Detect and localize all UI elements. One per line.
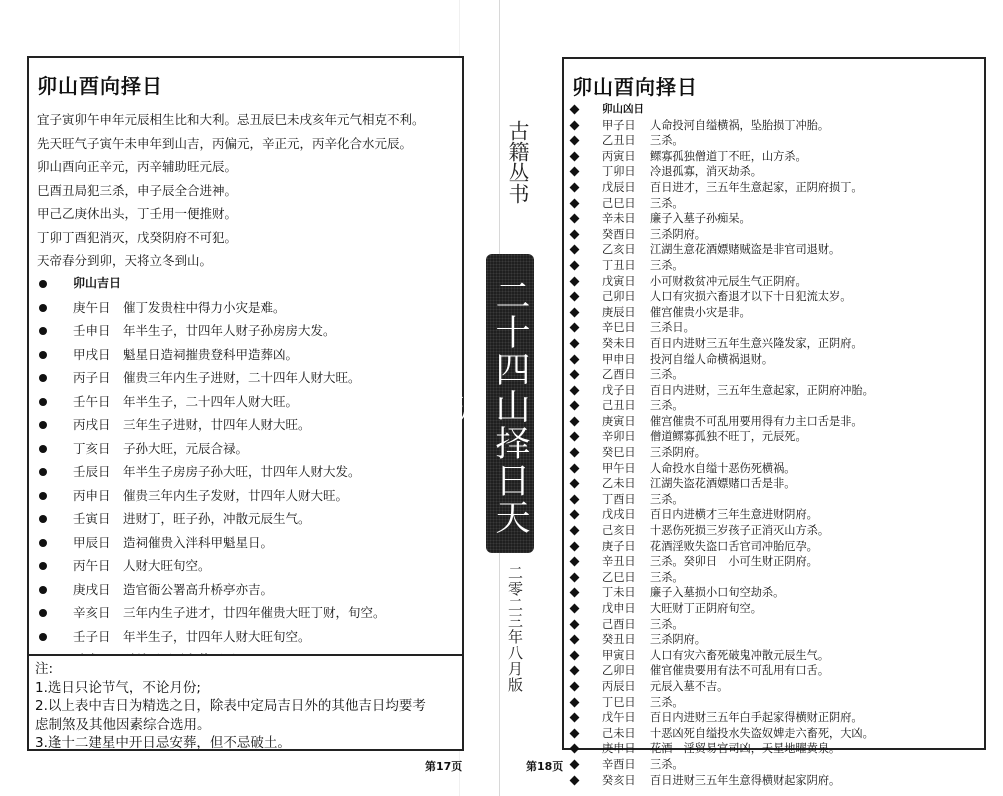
- day-name: 乙巳日: [602, 570, 636, 586]
- day-name: 戊寅日: [602, 274, 636, 290]
- day-description: 催贵三年内生子发财，廿四年人财大旺。: [123, 484, 348, 508]
- day-name: 己丑日: [602, 398, 636, 414]
- day-description: 投河自缢人命横祸退财。: [650, 352, 773, 368]
- intro-paragraph: 天帝春分到卯，天将立冬到山。: [37, 249, 425, 273]
- note-line: 3.逢十二建星中开日忌安葬，但不忌破土。: [35, 734, 426, 753]
- day-name: 乙酉日: [602, 367, 636, 383]
- intro-paragraph: 巳酉丑局犯三杀，申子辰全合进神。: [37, 179, 425, 203]
- day-description: 百日进财三五年生意得横财起家阴府。: [650, 773, 840, 789]
- day-name: 庚午日: [73, 296, 111, 320]
- day-name: 癸酉日: [602, 227, 636, 243]
- day-name: 庚辰日: [602, 305, 636, 321]
- diamond-bullet-icon: [570, 650, 580, 660]
- day-description: 冷退孤寡，消灭劫杀。: [650, 164, 762, 180]
- day-name: 甲戌日: [73, 343, 111, 367]
- page-number-left: 第17页: [425, 758, 462, 774]
- day-description: 三杀。: [650, 492, 684, 508]
- diamond-bullet-icon: [570, 775, 580, 785]
- day-description: 百日内进横才三年生意进财阴府。: [650, 507, 818, 523]
- day-name: 辛酉日: [602, 757, 636, 773]
- diamond-bullet-icon: [570, 183, 580, 193]
- intro-paragraph: 宜子寅卯午申年元辰相生比和大利。忌丑辰巳未戌亥年元气相克不利。: [37, 108, 425, 132]
- day-name: 辛亥日: [73, 601, 111, 625]
- day-description: 三杀。癸卯日 小可生财正阴府。: [650, 554, 818, 570]
- day-name: 戊子日: [602, 383, 636, 399]
- diamond-bullet-icon: [570, 510, 580, 520]
- bullet-icon: [39, 468, 47, 476]
- diamond-bullet-icon: [570, 697, 580, 707]
- day-name: 丙午日: [73, 554, 111, 578]
- day-description: 花酒 淫贸易官司凶，天星地曜黄泉。: [650, 741, 840, 757]
- diamond-bullet-icon: [570, 682, 580, 692]
- intro-paragraph: 甲己乙庚休出头，丁壬用一便推财。: [37, 202, 425, 226]
- bullet-icon: [39, 445, 47, 453]
- day-name: 己未日: [602, 726, 636, 742]
- day-name: 庚子日: [602, 539, 636, 555]
- day-description: 进财丁，旺子孙，冲散元辰生气。: [123, 507, 311, 531]
- bullet-icon: [39, 586, 47, 594]
- diamond-bullet-icon: [570, 105, 580, 115]
- day-description: 催官催贵要用有法不可乱用有口舌。: [650, 663, 829, 679]
- day-description: 江湖失盗花酒嫖赌口舌是非。: [650, 476, 795, 492]
- diamond-bullet-icon: [570, 557, 580, 567]
- spine-title-banner: 二十四山择日天机: [486, 254, 534, 553]
- bullet-icon: [39, 609, 47, 617]
- day-name: 辛卯日: [602, 429, 636, 445]
- day-description: 人财大旺旬空。: [123, 554, 211, 578]
- diamond-bullet-icon: [570, 276, 580, 286]
- diamond-bullet-icon: [570, 385, 580, 395]
- diamond-bullet-icon: [570, 619, 580, 629]
- bullet-icon: [39, 515, 47, 523]
- bullet-icon: [39, 492, 47, 500]
- bullet-icon: [39, 304, 47, 312]
- day-description: 鳏寡孤独僧道丁不旺，山方杀。: [650, 149, 807, 165]
- day-name: 庚戌日: [73, 578, 111, 602]
- day-description: 三杀。: [650, 570, 684, 586]
- day-name: 庚寅日: [602, 414, 636, 430]
- intro-paragraph: 卯山酉向正辛元，丙辛辅助旺元辰。: [37, 155, 425, 179]
- intro-paragraph: 丁卯丁酉犯消灭，戊癸阴府不可犯。: [37, 226, 425, 250]
- day-name: 己卯日: [602, 289, 636, 305]
- day-name: 丙寅日: [602, 149, 636, 165]
- day-name: 癸亥日: [602, 773, 636, 789]
- diamond-bullet-icon: [570, 245, 580, 255]
- diamond-bullet-icon: [570, 229, 580, 239]
- day-description: 廉子入墓损小口旬空劫杀。: [650, 585, 784, 601]
- diamond-bullet-icon: [570, 198, 580, 208]
- day-name: 己酉日: [602, 617, 636, 633]
- day-name: 丁酉日: [602, 492, 636, 508]
- day-name: 辛巳日: [602, 320, 636, 336]
- day-description: 三年内生子进才，廿四年催贵大旺丁财，旬空。: [123, 601, 386, 625]
- day-name: 己亥日: [602, 523, 636, 539]
- day-name: 甲寅日: [602, 648, 636, 664]
- diamond-bullet-icon: [570, 635, 580, 645]
- day-name: 乙丑日: [602, 133, 636, 149]
- day-name: 丁巳日: [602, 695, 636, 711]
- diamond-bullet-icon: [570, 713, 580, 723]
- day-description: 年半生子，廿四年人财大旺旬空。: [123, 625, 311, 649]
- diamond-bullet-icon: [570, 401, 580, 411]
- day-description: 三杀。: [650, 258, 684, 274]
- page-number-right: 第18页: [526, 758, 563, 774]
- day-name: 壬辰日: [73, 460, 111, 484]
- day-description: 年半生子房房子孙大旺，廿四年人财大发。: [123, 460, 361, 484]
- day-description: 年半生子，廿四年人财子孙房房大发。: [123, 319, 336, 343]
- day-description: 江湖生意花酒嫖赌贼盗是非官司退财。: [650, 242, 840, 258]
- diamond-bullet-icon: [570, 604, 580, 614]
- spine-series-title: 古籍丛书: [499, 120, 529, 204]
- day-name: 乙卯日: [602, 663, 636, 679]
- day-description: 人命投河自缢横祸，坠胎损丁冲胎。: [650, 118, 829, 134]
- day-name: 丙戌日: [73, 413, 111, 437]
- day-description: 三杀阴府。: [650, 632, 706, 648]
- diamond-bullet-icon: [570, 588, 580, 598]
- spine-book-title: 二十四山择日天机: [486, 260, 534, 553]
- day-name: 壬午日: [73, 390, 111, 414]
- day-name: 庚申日: [602, 741, 636, 757]
- day-description: 三年生子进财，廿四年人财大旺。: [123, 413, 311, 437]
- intro-paragraph: 先天旺气子寅午未申年到山吉，丙偏元，辛正元，丙辛化合水元辰。: [37, 132, 425, 156]
- day-description: 造官衙公署高升桥亭亦吉。: [123, 578, 273, 602]
- bullet-icon: [39, 327, 47, 335]
- day-name: 丙辰日: [602, 679, 636, 695]
- day-description: 三杀。: [650, 757, 684, 773]
- diamond-bullet-icon: [570, 759, 580, 769]
- day-name: 壬子日: [73, 625, 111, 649]
- day-name: 癸巳日: [602, 445, 636, 461]
- day-description: 催宫催贵不可乱用要用得有力主口舌是非。: [650, 414, 863, 430]
- day-description: 人命投水自缢十恶伤死横祸。: [650, 461, 795, 477]
- diamond-bullet-icon: [570, 463, 580, 473]
- day-description: 催宫催贵小灾是非。: [650, 305, 751, 321]
- bullet-icon: [39, 421, 47, 429]
- day-description: 三杀。: [650, 196, 684, 212]
- day-description: 元辰入墓不吉。: [650, 679, 728, 695]
- day-description: 小可财救贫冲元辰生气正阴府。: [650, 274, 807, 290]
- day-description: 百日内进财，三五年生意起家，正阴府冲胎。: [650, 383, 874, 399]
- diamond-bullet-icon: [570, 136, 580, 146]
- bad-days-heading: 卯山凶日: [602, 102, 644, 118]
- diamond-bullet-icon: [570, 260, 580, 270]
- note-line: 虑制煞及其他因素综合选用。: [35, 716, 426, 735]
- day-description: 人口有灾六畜死破鬼冲散元辰生气。: [650, 648, 829, 664]
- day-description: 僧道鳏寡孤独不旺丁，元辰死。: [650, 429, 807, 445]
- day-name: 丁亥日: [73, 437, 111, 461]
- day-description: 三杀。: [650, 133, 684, 149]
- diamond-bullet-icon: [570, 338, 580, 348]
- day-description: 花酒淫败失盗口舌官司冲胎厄孕。: [650, 539, 818, 555]
- bullet-icon: [39, 374, 47, 382]
- diamond-bullet-icon: [570, 666, 580, 676]
- diamond-bullet-icon: [570, 728, 580, 738]
- day-description: 魁星日造祠摧贵登科甲造葬凶。: [123, 343, 298, 367]
- day-description: 三杀。: [650, 367, 684, 383]
- left-intro-paragraphs: 宜子寅卯午申年元辰相生比和大利。忌丑辰巳未戌亥年元气相克不利。 先天旺气子寅午未…: [37, 108, 425, 273]
- diamond-bullet-icon: [570, 323, 580, 333]
- day-name: 辛丑日: [602, 554, 636, 570]
- day-description: 三杀日。: [650, 320, 695, 336]
- day-description: 三杀。: [650, 695, 684, 711]
- diamond-bullet-icon: [570, 307, 580, 317]
- diamond-bullet-icon: [570, 370, 580, 380]
- day-name: 乙亥日: [602, 242, 636, 258]
- day-description: 十恶凶死自缢投水失盗奴婢走六畜死，大凶。: [650, 726, 874, 742]
- day-description: 人口有灾损六畜退才以下十日犯流太岁。: [650, 289, 851, 305]
- day-description: 三杀。: [650, 398, 684, 414]
- diamond-bullet-icon: [570, 292, 580, 302]
- right-page-title: 卯山酉向择日: [572, 71, 698, 100]
- day-name: 丁丑日: [602, 258, 636, 274]
- diamond-bullet-icon: [570, 354, 580, 364]
- diamond-bullet-icon: [570, 432, 580, 442]
- day-description: 百日进才，三五年生意起家，正阴府损丁。: [650, 180, 863, 196]
- day-name: 辛未日: [602, 211, 636, 227]
- day-name: 甲子日: [602, 118, 636, 134]
- day-name: 壬申日: [73, 319, 111, 343]
- good-days-heading: 卯山吉日: [73, 272, 121, 296]
- bullet-icon: [39, 398, 47, 406]
- diamond-bullet-icon: [570, 214, 580, 224]
- day-description: 百日内进财三五年白手起家得横财正阴府。: [650, 710, 863, 726]
- day-name: 甲辰日: [73, 531, 111, 555]
- day-name: 戊辰日: [602, 180, 636, 196]
- diamond-bullet-icon: [570, 541, 580, 551]
- day-description: 三杀阴府。: [650, 227, 706, 243]
- day-name: 癸未日: [602, 336, 636, 352]
- day-description: 造祠催贵入泮科甲魁星日。: [123, 531, 273, 555]
- day-description: 三杀。: [650, 617, 684, 633]
- day-name: 戊申日: [602, 601, 636, 617]
- note-line: 1.选日只论节气，不论月份;: [35, 679, 426, 698]
- day-description: 子孙大旺，元辰合禄。: [123, 437, 248, 461]
- day-name: 丁卯日: [602, 164, 636, 180]
- day-description: 百日内进财三五年生意兴隆发家，正阴府。: [650, 336, 863, 352]
- day-name: 甲午日: [602, 461, 636, 477]
- diamond-bullet-icon: [570, 151, 580, 161]
- day-name: 丙子日: [73, 366, 111, 390]
- diamond-bullet-icon: [570, 416, 580, 426]
- day-name: 壬寅日: [73, 507, 111, 531]
- day-description: 三杀阴府。: [650, 445, 706, 461]
- day-name: 乙未日: [602, 476, 636, 492]
- day-name: 戊戌日: [602, 507, 636, 523]
- day-description: 催贵三年内生子进财，二十四年人财大旺。: [123, 366, 361, 390]
- diamond-bullet-icon: [570, 120, 580, 130]
- day-name: 甲申日: [602, 352, 636, 368]
- day-name: 癸丑日: [602, 632, 636, 648]
- day-description: 大旺财丁正阴府旬空。: [650, 601, 762, 617]
- day-name: 己巳日: [602, 196, 636, 212]
- left-page-main-box: 卯山酉向择日 宜子寅卯午申年元辰相生比和大利。忌丑辰巳未戌亥年元气相克不利。 先…: [27, 56, 464, 656]
- day-description: 年半生子，二十四年人财大旺。: [123, 390, 298, 414]
- bullet-icon: [39, 539, 47, 547]
- diamond-bullet-icon: [570, 167, 580, 177]
- diamond-bullet-icon: [570, 448, 580, 458]
- bullet-icon: [39, 562, 47, 570]
- day-name: 丙申日: [73, 484, 111, 508]
- day-description: 廉子入墓子孙痴呆。: [650, 211, 751, 227]
- diamond-bullet-icon: [570, 744, 580, 754]
- bullet-icon: [39, 280, 47, 288]
- day-description: 十恶伤死损三岁孩子正消灭山方杀。: [650, 523, 829, 539]
- diamond-bullet-icon: [570, 479, 580, 489]
- right-page-main-box: 卯山酉向择日 卯山凶日 甲子日人命投河自缢横祸，坠胎损丁冲胎。乙丑日三杀。丙寅日…: [562, 57, 986, 750]
- notes-box: 注: 1.选日只论节气，不论月份; 2.以上表中吉日为精选之日，除表中定局吉日外…: [27, 654, 464, 751]
- diamond-bullet-icon: [570, 494, 580, 504]
- notes-list: 注: 1.选日只论节气，不论月份; 2.以上表中吉日为精选之日，除表中定局吉日外…: [35, 660, 426, 753]
- diamond-bullet-icon: [570, 526, 580, 536]
- note-line: 2.以上表中吉日为精选之日，除表中定局吉日外的其他吉日均要考: [35, 697, 426, 716]
- note-line: 注:: [35, 660, 426, 679]
- diamond-bullet-icon: [570, 572, 580, 582]
- bullet-icon: [39, 633, 47, 641]
- spine-edition: 二零二三年八月版: [503, 565, 527, 693]
- day-name: 丁未日: [602, 585, 636, 601]
- day-description: 催丁发贵柱中得力小灾是难。: [123, 296, 286, 320]
- bullet-icon: [39, 351, 47, 359]
- left-page-title: 卯山酉向择日: [37, 70, 163, 99]
- day-name: 戊午日: [602, 710, 636, 726]
